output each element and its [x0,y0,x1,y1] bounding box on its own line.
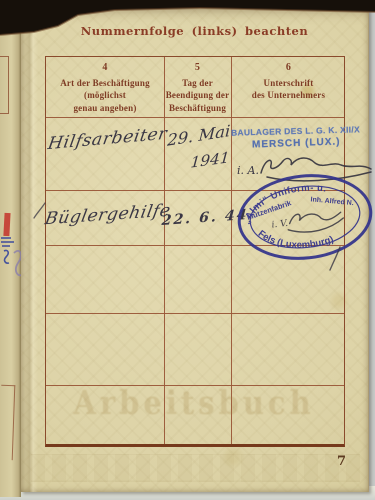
column-number: 6 [231,62,346,75]
column-title-line: Unterschrift [231,77,346,90]
page-crease [25,5,38,492]
red-stamp-fragment [3,213,10,236]
blue-stamp-fragment [1,238,14,263]
column-title-line: des Unternehmers [231,89,346,102]
column-header-end-date: 5 Tag der Beendigung der Beschäftigung [164,57,231,117]
column-header-signature: 6 Unterschrift des Unternehmers [231,57,346,117]
binding-shape [0,0,375,35]
margin-ink-marks [0,205,22,297]
page-number: 7 [337,454,346,469]
column-number: 5 [164,62,231,75]
pen-stroke-row2-lead [32,201,48,221]
column-title-line: Beendigung der [164,89,231,102]
column-title-line: Art der Beschäftigung [46,77,164,90]
adjacent-page-edge [0,0,21,497]
embossed-band [31,454,360,482]
row-divider [46,117,344,118]
column-title-line: Tag der [164,77,231,90]
column-number: 4 [46,62,164,75]
pen-stroke-row3 [327,245,343,273]
column-header-occupation: 4 Art der Beschäftigung (möglichst genau… [46,57,164,117]
workbook-scan: Nummernfolge (links) beachten 4 Art der … [0,0,375,500]
workbook-page: Nummernfolge (links) beachten 4 Art der … [21,5,369,492]
column-title-line: genau angeben) [46,102,164,115]
row-divider [46,385,344,386]
column-title-line: (möglichst [46,89,164,102]
row-divider [46,313,344,314]
column-title-line: Beschäftigung [164,102,231,115]
signature-prefix-2: i. V. [271,219,289,231]
signature-flourish-2 [287,210,345,235]
adjacent-table-fragment-top [0,56,9,114]
stamp-line-right: Inh. Alfred N. [310,196,354,207]
stamp-arc-bottom-text: Fels (Luxemburg) [255,221,336,256]
book-binding [0,0,375,40]
signature-prefix-1: i. A. [237,164,259,177]
adjacent-table-fragment-bottom [0,385,15,460]
svg-text:Fels (Luxemburg): Fels (Luxemburg) [255,221,336,256]
almi-oval-stamp: „Almi“ Uniform- u. Fels (Luxemburg) Mütz… [231,165,375,269]
